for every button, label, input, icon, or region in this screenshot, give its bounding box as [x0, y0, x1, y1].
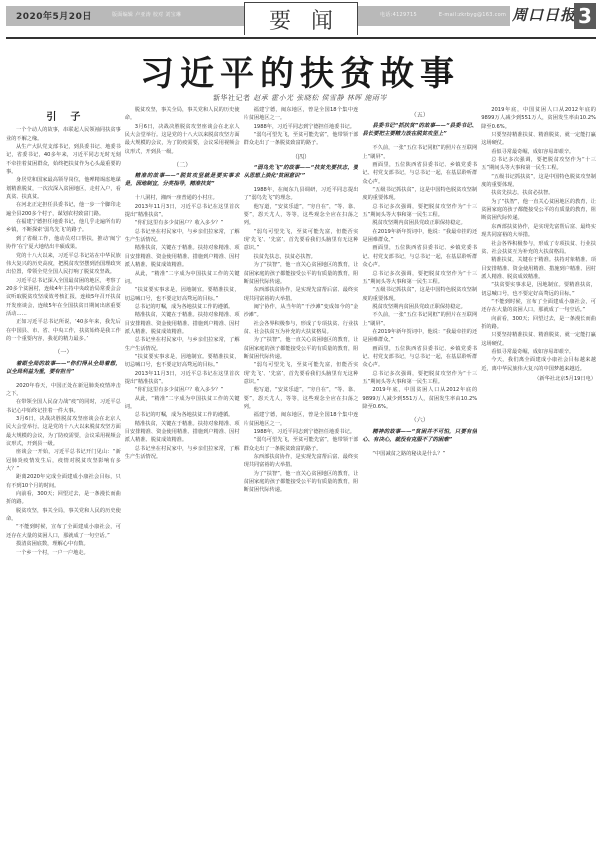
paragraph: 画面里，五位陕西省县委书记、乡镇党委书记、村党支部书记，与总书记一起，在基层聆听…: [362, 244, 477, 269]
byline-label: 新华社记者: [213, 94, 251, 102]
paragraph: 扶贫先扶志，扶贫必扶智。: [244, 253, 359, 261]
paragraph: “弱鸟可望先飞，至贫可能先富，但能否实现‘先飞’、‘先富’，首先要看我们头脑里有…: [244, 228, 359, 253]
section-number: （一）: [6, 349, 121, 357]
paragraph: 向前看，300天；回望过去，是一条漫长而曲折的路。: [6, 490, 121, 507]
paragraph: 扶贫先扶志，扶贫必扶智。: [481, 189, 596, 197]
paragraph: “弱鸟可望先飞，至贫可能先富，但能否实现‘先飞’、‘先富’，首先要看我们头脑里有…: [244, 361, 359, 386]
section-subtitle: 着眼全局的故事——“你们得从全局着想，以全局利益为重，要有担当”: [6, 360, 121, 376]
paragraph: 精准扶贫，关键在于精准。扶持对象精准、项目安排精准、资金使用精准、措施到户精准、…: [125, 420, 240, 445]
section-subtitle: “弱鸟先飞”的故事——“扶贫先要扶志，要从思想上淡化‘贫困意识’”: [244, 164, 359, 180]
paragraph: 画面里，五位陕西省县委书记、乡镇党委书记、村党支部书记，与总书记一起，在基层聆听…: [362, 161, 477, 186]
paragraph: 为了“扶智”，他一直关心贫困地区的教育，让贫困家庭的孩子都能接受公平的有质量的教…: [244, 470, 359, 495]
paragraph: 2013年11月3日，习近平总书记在这里首次提出“精准扶贫”。: [125, 203, 240, 220]
section-title: 要闻: [249, 4, 353, 35]
paragraph: “你们这里有多少贫困户？收入多少？”: [125, 219, 240, 227]
paragraph: 总书记的叮嘱，成为各地扶贫工作的遵循。: [125, 303, 240, 311]
paragraph: 脱贫攻坚，事关全局，事关党和人民的历史使命。: [125, 106, 240, 123]
paragraph: 总书记坐在村民家中，与乡亲们拉家常，了解生产生活情况。: [125, 445, 240, 462]
section-subtitle: 县委书记“抓扶贫”的故事——“县委书记、县长要把主要精力放在脱贫攻坚上”: [362, 122, 477, 138]
paragraph: 东西部扶贫协作，是实现先富帮后富、最终实现共同富裕的大举措。: [244, 453, 359, 470]
paragraph: 习近平总书记深入全国最贫困的地区，考察了20多个贫困村，连续4年主持中央政治局常…: [6, 277, 121, 319]
contact-info: 电话:4129715 E-mail:zkrbyg@163.com: [380, 11, 526, 18]
paragraph: 为了“扶智”，他一直关心贫困地区的教育，让贫困家庭的孩子都能接受公平的有质量的教…: [244, 261, 359, 286]
paragraph: 总书记的叮嘱，成为各地扶贫工作的遵循。: [125, 411, 240, 419]
section-subtitle: 精神的故事——“贫困并不可怕，只要有信心、有决心，就没有克服不了的困难”: [362, 428, 477, 444]
paragraph: 精准扶贫，关键在于精准。扶持对象精准、项目安排精准、资金使用精准、措施到户精准、…: [125, 311, 240, 336]
paragraph: 从生产大队党支部书记，到县委书记、地委书记，省委书记，40多年来，习近平同志无时…: [6, 143, 121, 176]
paragraph: 在福建宁德担任地委书记，他几乎走遍所有的乡镇，不断探索‘弱鸟先飞’的路子。: [6, 218, 121, 235]
paragraph: 画面里，五位陕西省县委书记、乡镇党委书记、村党支部书记，与总书记一起，在基层聆听…: [362, 345, 477, 370]
paragraph: 在2019年新年贺词中，他说：“我最牵挂的还是困难群众。”: [362, 328, 477, 345]
paragraph: 正如习近平总书记所说，‘40多年来，我先后在中国县、市、省、中央工作，扶贫始终是…: [6, 318, 121, 343]
paragraph: 总书记坐在村民家中，与乡亲们拉家常，了解生产生活情况。: [125, 228, 240, 245]
paragraph: 东西部扶贫协作，是实现先富帮后富、最终实现共同富裕的大举措。: [481, 223, 596, 240]
paragraph: “扶贫要实事求是，因地制宜。要精准扶贫，切忌喊口号，也不要定好高骛远的目标。”: [125, 286, 240, 303]
paragraph: 一个个动人的故事，串联起人民领袖同扶贫事业的不解之缘。: [6, 126, 121, 143]
paragraph: 2019年底，中国贫困人口从2012年底的9899万人减少到551万人，贫困发生…: [362, 386, 477, 411]
paragraph: 看似寻常最奇崛，成如容易却艰辛。: [481, 148, 596, 156]
section-number: （二）: [125, 162, 240, 170]
paragraph: 总书记多次强调，要把脱贫攻坚作为“十三五”期间头等大事和第一民生工程。: [362, 370, 477, 387]
editors-credit: 版面编辑 卢亚涛 校对 刘宝琳: [112, 11, 181, 18]
paragraph: “不能到时候，宣布了全面建成小康社会，可还存在大量的贫困人口，那就成了一句空话。…: [481, 298, 596, 315]
paragraph: 福建宁德，闽东地区，曾是全国18个集中连片贫困地区之一。: [244, 411, 359, 428]
paragraph: 十八洞村，湘西一座普通的小村庄。: [125, 194, 240, 202]
paragraph: 在2019年新年贺词中，他说：“我最牵挂的还是困难群众。”: [362, 228, 477, 245]
paragraph: 看似寻常最奇崛，成如容易却艰辛。: [481, 348, 596, 356]
paragraph: 到了省级工作，他动员对口帮扶，推动‘闽宁协作’在宁夏大地结出丰硕成果。: [6, 235, 121, 252]
dateline-end: （新华社北京5月19日电）: [481, 375, 596, 383]
paragraph: 2019年底，中国贫困人口从2012年底的9899万人减少到551万人，贫困发生…: [481, 106, 596, 131]
paragraph: “你们这里有多少贫困户？收入多少？”: [125, 386, 240, 394]
paragraph: “五级书记抓扶贫”，这是中国特色脱贫攻坚制度的重要体现。: [481, 173, 596, 190]
paragraph: 座谈会一开始，习近平总书记开门见山：“新冠肺炎疫情发生后，疫情对脱贫攻坚影响有多…: [6, 448, 121, 473]
paragraph: 脱贫攻坚期内贫困县党政正职保持稳定。: [362, 219, 477, 227]
paragraph: “五级书记抓扶贫”，这是中国特色脱贫攻坚制度的重要体现。: [362, 286, 477, 303]
section-number: （五）: [362, 112, 477, 120]
email: E-mail:zkrbyg@163.com: [439, 12, 506, 18]
paragraph: 社会各界积极参与，形成了专项扶贫、行业扶贫、社会扶贫互为补充的大扶贫格局。: [481, 240, 596, 257]
paragraph: 摸清贫困底数，理解心中有数。: [6, 540, 121, 548]
paragraph: 距离2020年完成全面建成小康社会目标，只有不到10个月的时间。: [6, 473, 121, 490]
paragraph: 从此，“精准”二字成为中国扶贫工作的关键词。: [125, 270, 240, 287]
section-subtitle: 精准的故事——“脱贫攻坚就是要实事求是，因地制宜，分类指导，精准扶贫”: [125, 172, 240, 188]
paragraph: 为了“扶智”，他一直关心贫困地区的教育，让贫困家庭的孩子都能接受公平的有质量的教…: [244, 336, 359, 361]
paragraph: 从此，“精准”二字成为中国扶贫工作的关键词。: [125, 395, 240, 412]
column-4: （五） 县委书记“抓扶贫”的故事——“县委书记、县长要把主要精力放在脱贫攻坚上”…: [362, 106, 477, 846]
paragraph: 党的十八大以来，习近平总书记站在中华民族伟大复兴的历史高度，把脱贫攻坚摆到治国理…: [6, 252, 121, 277]
paragraph: 在带领全国人民奋力战“疫”的同时，习近平总书记心中始终记挂着一件大事。: [6, 398, 121, 415]
paragraph: “五级书记抓扶贫”，这是中国特色脱贫攻坚制度的重要体现。: [362, 186, 477, 203]
paragraph: 一个乡一个村，一户一户地走。: [6, 549, 121, 557]
paragraph: 总书记多次强调，要把脱贫攻坚作为“十三五”期间头等大事和第一民生工程。: [481, 156, 596, 173]
article-headline: 习近平的扶贫故事: [0, 46, 600, 95]
paragraph: 1988年，习近平同志到宁德担任地委书记。: [244, 428, 359, 436]
issue-date: 2020年5月20日: [16, 9, 92, 22]
paragraph: 精准扶贫，关键在于精准。扶持对象精准、项目安排精准、资金使用精准、措施到户精准、…: [481, 256, 596, 281]
section-number: （六）: [362, 417, 477, 425]
paragraph: 闽宁协作，从当年的“干沙滩”变成如今的“金沙滩”。: [244, 303, 359, 320]
paragraph: 向前看，300天；回望过去，是一条漫长而曲折的路。: [481, 315, 596, 332]
paragraph: “中国减贫之路的秘诀是什么？”: [362, 450, 477, 458]
column-5: 2019年底，中国贫困人口从2012年底的9899万人减少到551万人，贫困发生…: [481, 106, 596, 846]
phone: 电话:4129715: [380, 12, 417, 18]
paragraph: 总书记多次强调，要把脱贫攻坚作为“十三五”期间头等大事和第一民生工程。: [362, 270, 477, 287]
paragraph: 他写道，“安贫乐道”，“穷自在”，“等、靠、要”，怨天尤人，等等，这些观念全应在…: [244, 386, 359, 411]
column-2: 脱贫攻坚，事关全局，事关党和人民的历史使命。 3月6日，决战决胜脱贫攻坚座谈会在…: [125, 106, 240, 846]
paragraph: “弱鸟可望先飞，至贫可能先富”，他带领干部群众走出了一条脱贫致富的路子。: [244, 436, 359, 453]
byline-names: 赵承 霍小光 张晓松 侯雪静 林晖 施雨岑: [253, 94, 387, 102]
paragraph: “不能到时候，宣布了全面建成小康社会，可还存在大量的贫困人口，那就成了一句空话。…: [6, 523, 121, 540]
paragraph: 1988年，习近平同志到宁德担任地委书记。: [244, 123, 359, 131]
page-number: 3: [574, 3, 596, 29]
paragraph: 1988年，在闽东九县调研，习近平同志提出了“弱鸟先飞”的理念。: [244, 186, 359, 203]
paragraph: 总书记多次强调，要把脱贫攻坚作为“十三五”期间头等大事和第一民生工程。: [362, 203, 477, 220]
paragraph: 福建宁德，闽东地区，曾是全国18个集中连片贫困地区之一。: [244, 106, 359, 123]
paragraph: 3月6日，决战决胜脱贫攻坚座谈会在北京人民大会堂举行。这是党的十八大以来脱贫攻坚…: [6, 415, 121, 448]
column-1: 引子 一个个动人的故事，串联起人民领袖同扶贫事业的不解之缘。 从生产大队党支部书…: [6, 106, 121, 846]
paragraph: 为了“扶智”，他一直关心贫困地区的教育，让贫困家庭的孩子都能接受公平的有质量的教…: [481, 198, 596, 223]
paragraph: 不久前，一张“五位书记同框”的照片在互联网上“刷屏”。: [362, 144, 477, 161]
paragraph: 今天，我们离全面建成小康社会目标越来越近，离中华民族伟大复兴的中国梦越来越近。: [481, 356, 596, 373]
paragraph: 总书记坐在村民家中，与乡亲们拉家常，了解生产生活情况。: [125, 336, 240, 353]
paragraph: 身居党和国家最高领导岗位，他殚精竭虑地谋划精准脱贫，一次次深入贫困地区，走村入户…: [6, 176, 121, 201]
paragraph: 脱贫攻坚，事关全局，事关党和人民的历史使命。: [6, 507, 121, 524]
paragraph: 只要坚持精准扶贫、精准脱贫，就一定能打赢这场硬仗。: [481, 331, 596, 348]
section-label-box: 要闻: [244, 2, 358, 35]
byline: 新华社记者 赵承 霍小光 张晓松 侯雪静 林晖 施雨岑: [0, 93, 600, 103]
paragraph: 精准扶贫，关键在于精准。扶持对象精准、项目安排精准、资金使用精准、措施到户精准、…: [125, 244, 240, 269]
paragraph: 只要坚持精准扶贫、精准脱贫，就一定能打赢这场硬仗。: [481, 131, 596, 148]
paragraph: “扶贫要实事求是，因地制宜。要精准扶贫，切忌喊口号，也不要定好高骛远的目标。”: [125, 353, 240, 370]
paragraph: “扶贫要实事求是，因地制宜。要精准扶贫，切忌喊口号，也不要定好高骛远的目标。”: [481, 281, 596, 298]
newspaper-logo: 周口日报: [512, 4, 576, 25]
paragraph: “弱鸟可望先飞，至贫可能先富”，他带领干部群众走出了一条脱贫致富的路子。: [244, 131, 359, 148]
paragraph: 东西部扶贫协作，是实现先富帮后富、最终实现共同富裕的大举措。: [244, 286, 359, 303]
paragraph: 他写道，“安贫乐道”，“穷自在”，“等、靠、要”，怨天尤人，等等，这些观念全应在…: [244, 203, 359, 228]
paragraph: 不久前，一张“五位书记同框”的照片在互联网上“刷屏”。: [362, 311, 477, 328]
paragraph: 3月6日，决战决胜脱贫攻坚座谈会在北京人民大会堂举行。这是党的十八大以来脱贫攻坚…: [125, 123, 240, 156]
column-3: 福建宁德，闽东地区，曾是全国18个集中连片贫困地区之一。 1988年，习近平同志…: [244, 106, 359, 846]
paragraph: 社会各界积极参与，形成了专项扶贫、行业扶贫、社会扶贫互为补充的大扶贫格局。: [244, 320, 359, 337]
paragraph: 2020年春天，中国正处在新冠肺炎疫情冲击之下。: [6, 382, 121, 399]
masthead-rule: [6, 37, 596, 39]
paragraph: 脱贫攻坚期内贫困县党政正职保持稳定。: [362, 303, 477, 311]
paragraph: 在河北正定担任县委书记，他一步一个脚印走遍全县200多个村子，谋划农村致富门路。: [6, 201, 121, 218]
masthead: 2020年5月20日 版面编辑 卢亚涛 校对 刘宝琳 要闻 电话:4129715…: [0, 0, 600, 40]
section-number: （四）: [244, 154, 359, 162]
paragraph: 2013年11月3日，习近平总书记在这里首次提出“精准扶贫”。: [125, 370, 240, 387]
article-body: 引子 一个个动人的故事，串联起人民领袖同扶贫事业的不解之缘。 从生产大队党支部书…: [6, 106, 596, 846]
intro-title: 引子: [6, 114, 121, 122]
